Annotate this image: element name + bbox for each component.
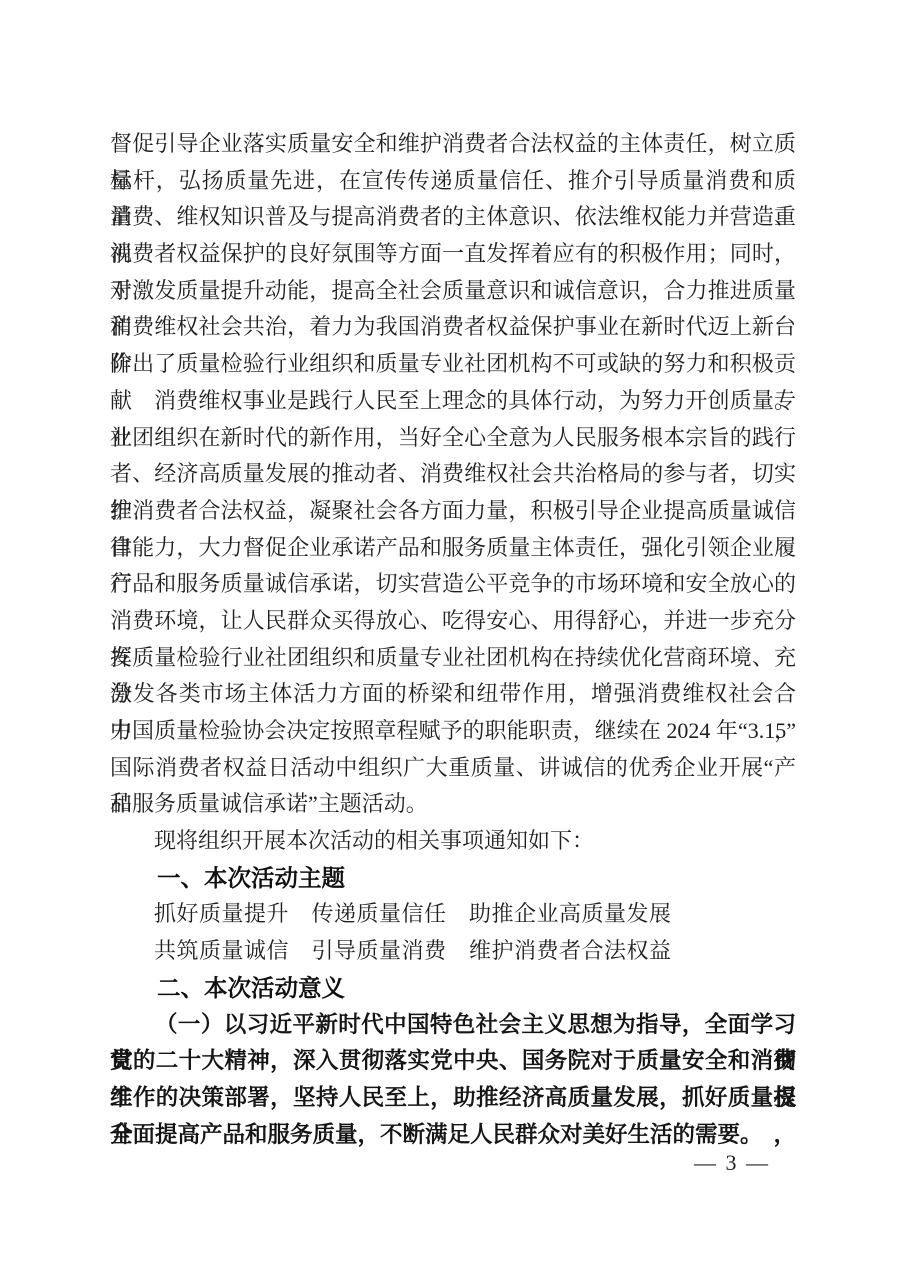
theme-slogan-line: 共筑质量诚信 引导质量消费 维护消费者合法权益	[110, 933, 796, 970]
paragraph-line: 消费维权事业是践行人民至上理念的具体行动，为努力开创质量专业	[110, 383, 796, 420]
section-heading-activity-significance: 二、本次活动意义	[110, 970, 796, 1007]
paragraph-line: 激发各类市场主体活力方面的桥梁和纽带作用，增强消费维权社会合力，	[110, 676, 796, 713]
paragraph-line: 督促引导企业落实质量安全和维护消费者合法权益的主体责任，树立质量	[110, 126, 796, 163]
paragraph-line: 作出了质量检验行业组织和质量专业社团机构不可或缺的努力和积极贡献。	[110, 346, 796, 383]
paragraph-line: 中国质量检验协会决定按照章程赋予的职能职责，继续在 2024 年“3.15”	[110, 713, 796, 750]
paragraph-line: 现将组织开展本次活动的相关事项通知如下：	[110, 823, 796, 860]
paragraph-line: 和服务质量诚信承诺”主题活动。	[110, 786, 796, 823]
theme-slogan-line: 抓好质量提升 传递质量信任 助推企业高质量发展	[110, 896, 796, 933]
section-heading-activity-theme: 一、本次活动主题	[110, 860, 796, 897]
paragraph-line: 于激发质量提升动能，提高全社会质量意识和诚信意识，合力推进质量和	[110, 273, 796, 310]
paragraph-line: 产品和服务质量诚信承诺，切实营造公平竞争的市场环境和安全放心的	[110, 566, 796, 603]
paragraph-line: 消费、维权知识普及与提高消费者的主体意识、依法维权能力并营造重视	[110, 199, 796, 236]
emphasis-paragraph-line: 党的二十大精神，深入贯彻落实党中央、国务院对于质量安全和消费维权	[110, 1043, 796, 1080]
paragraph-line: 标杆，弘扬质量先进，在宣传传递质量信任、推介引导质量消费和质量、	[110, 163, 796, 200]
paragraph-line: 国际消费者权益日活动中组织广大重质量、讲诚信的优秀企业开展“产品	[110, 750, 796, 787]
paragraph-line: 护消费者合法权益，凝聚社会各方面力量，积极引导企业提高质量诚信自	[110, 493, 796, 530]
paragraph-line: 者、经济高质量发展的推动者、消费维权社会共治格局的参与者，切实维	[110, 456, 796, 493]
paragraph-line: 律能力，大力督促企业承诺产品和服务质量主体责任，强化引领企业履行	[110, 530, 796, 567]
paragraph-line: 消费环境，让人民群众买得放心、吃得安心、用得舒心，并进一步充分发	[110, 603, 796, 640]
page-number: — 3 —	[694, 1150, 770, 1176]
paragraph-line: 挥质量检验行业社团组织和质量专业社团机构在持续优化营商环境、充分	[110, 640, 796, 677]
emphasis-paragraph-line: 全面提高产品和服务质量，不断满足人民群众对美好生活的需要。	[110, 1117, 796, 1154]
paragraph-line: 消费者权益保护的良好氛围等方面一直发挥着应有的积极作用；同时，对	[110, 236, 796, 273]
emphasis-paragraph-line: （一）以习近平新时代中国特色社会主义思想为指导，全面学习贯彻	[110, 1007, 796, 1044]
paragraph-line: 消费维权社会共治，着力为我国消费者权益保护事业在新时代迈上新台阶	[110, 309, 796, 346]
paragraph-line: 社团组织在新时代的新作用，当好全心全意为人民服务根本宗旨的践行	[110, 420, 796, 457]
document-body: 督促引导企业落实质量安全和维护消费者合法权益的主体责任，树立质量 标杆，弘扬质量…	[110, 126, 796, 1153]
emphasis-paragraph-line: 工作的决策部署，坚持人民至上，助推经济高质量发展，抓好质量提升，	[110, 1080, 796, 1117]
document-page: 督促引导企业落实质量安全和维护消费者合法权益的主体责任，树立质量 标杆，弘扬质量…	[0, 0, 900, 1273]
